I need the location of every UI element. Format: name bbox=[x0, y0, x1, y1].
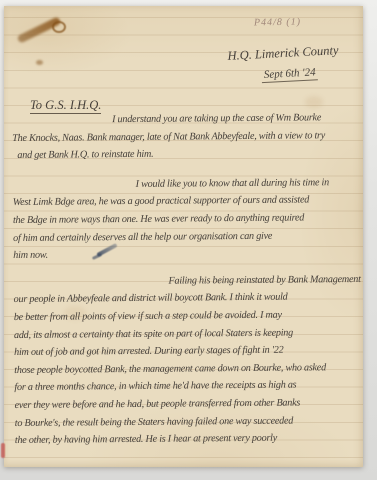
archive-reference: P44/8 (1) bbox=[254, 17, 301, 29]
ink-stain bbox=[36, 60, 43, 65]
ink-stain bbox=[52, 21, 66, 33]
letterhead: H.Q. Limerick County Sept 6th '24 bbox=[227, 43, 340, 85]
letter-date: Sept 6th '24 bbox=[261, 66, 318, 83]
handwritten-line: The Knocks, Naas. Bank manager, late of … bbox=[12, 127, 364, 148]
handwritten-line: and get Bank H.Q. to reinstate him. bbox=[12, 144, 364, 165]
paragraph: Failing his being reinstated by Bank Man… bbox=[13, 271, 367, 450]
handwritten-line: him now. bbox=[13, 244, 365, 265]
red-margin-mark bbox=[1, 443, 5, 458]
paper: P44/8 (1) H.Q. Limerick County Sept 6th … bbox=[4, 6, 363, 467]
paragraph: I would like you to know that all during… bbox=[13, 174, 366, 265]
scanned-letter: P44/8 (1) H.Q. Limerick County Sept 6th … bbox=[0, 0, 377, 480]
paragraph: I understand you are taking up the case … bbox=[12, 109, 364, 165]
foxing-spot bbox=[305, 96, 323, 108]
letter-body: I understand you are taking up the case … bbox=[12, 109, 367, 450]
handwritten-line: the other, by having him arrested. He is… bbox=[15, 429, 367, 450]
handwritten-line: I would like you to know that all during… bbox=[13, 174, 365, 195]
handwritten-line: Failing his being reinstated by Bank Man… bbox=[13, 271, 365, 292]
handwritten-line: those people boycotted Bank, the managem… bbox=[14, 359, 366, 380]
letterhead-origin: H.Q. Limerick County bbox=[227, 43, 339, 64]
